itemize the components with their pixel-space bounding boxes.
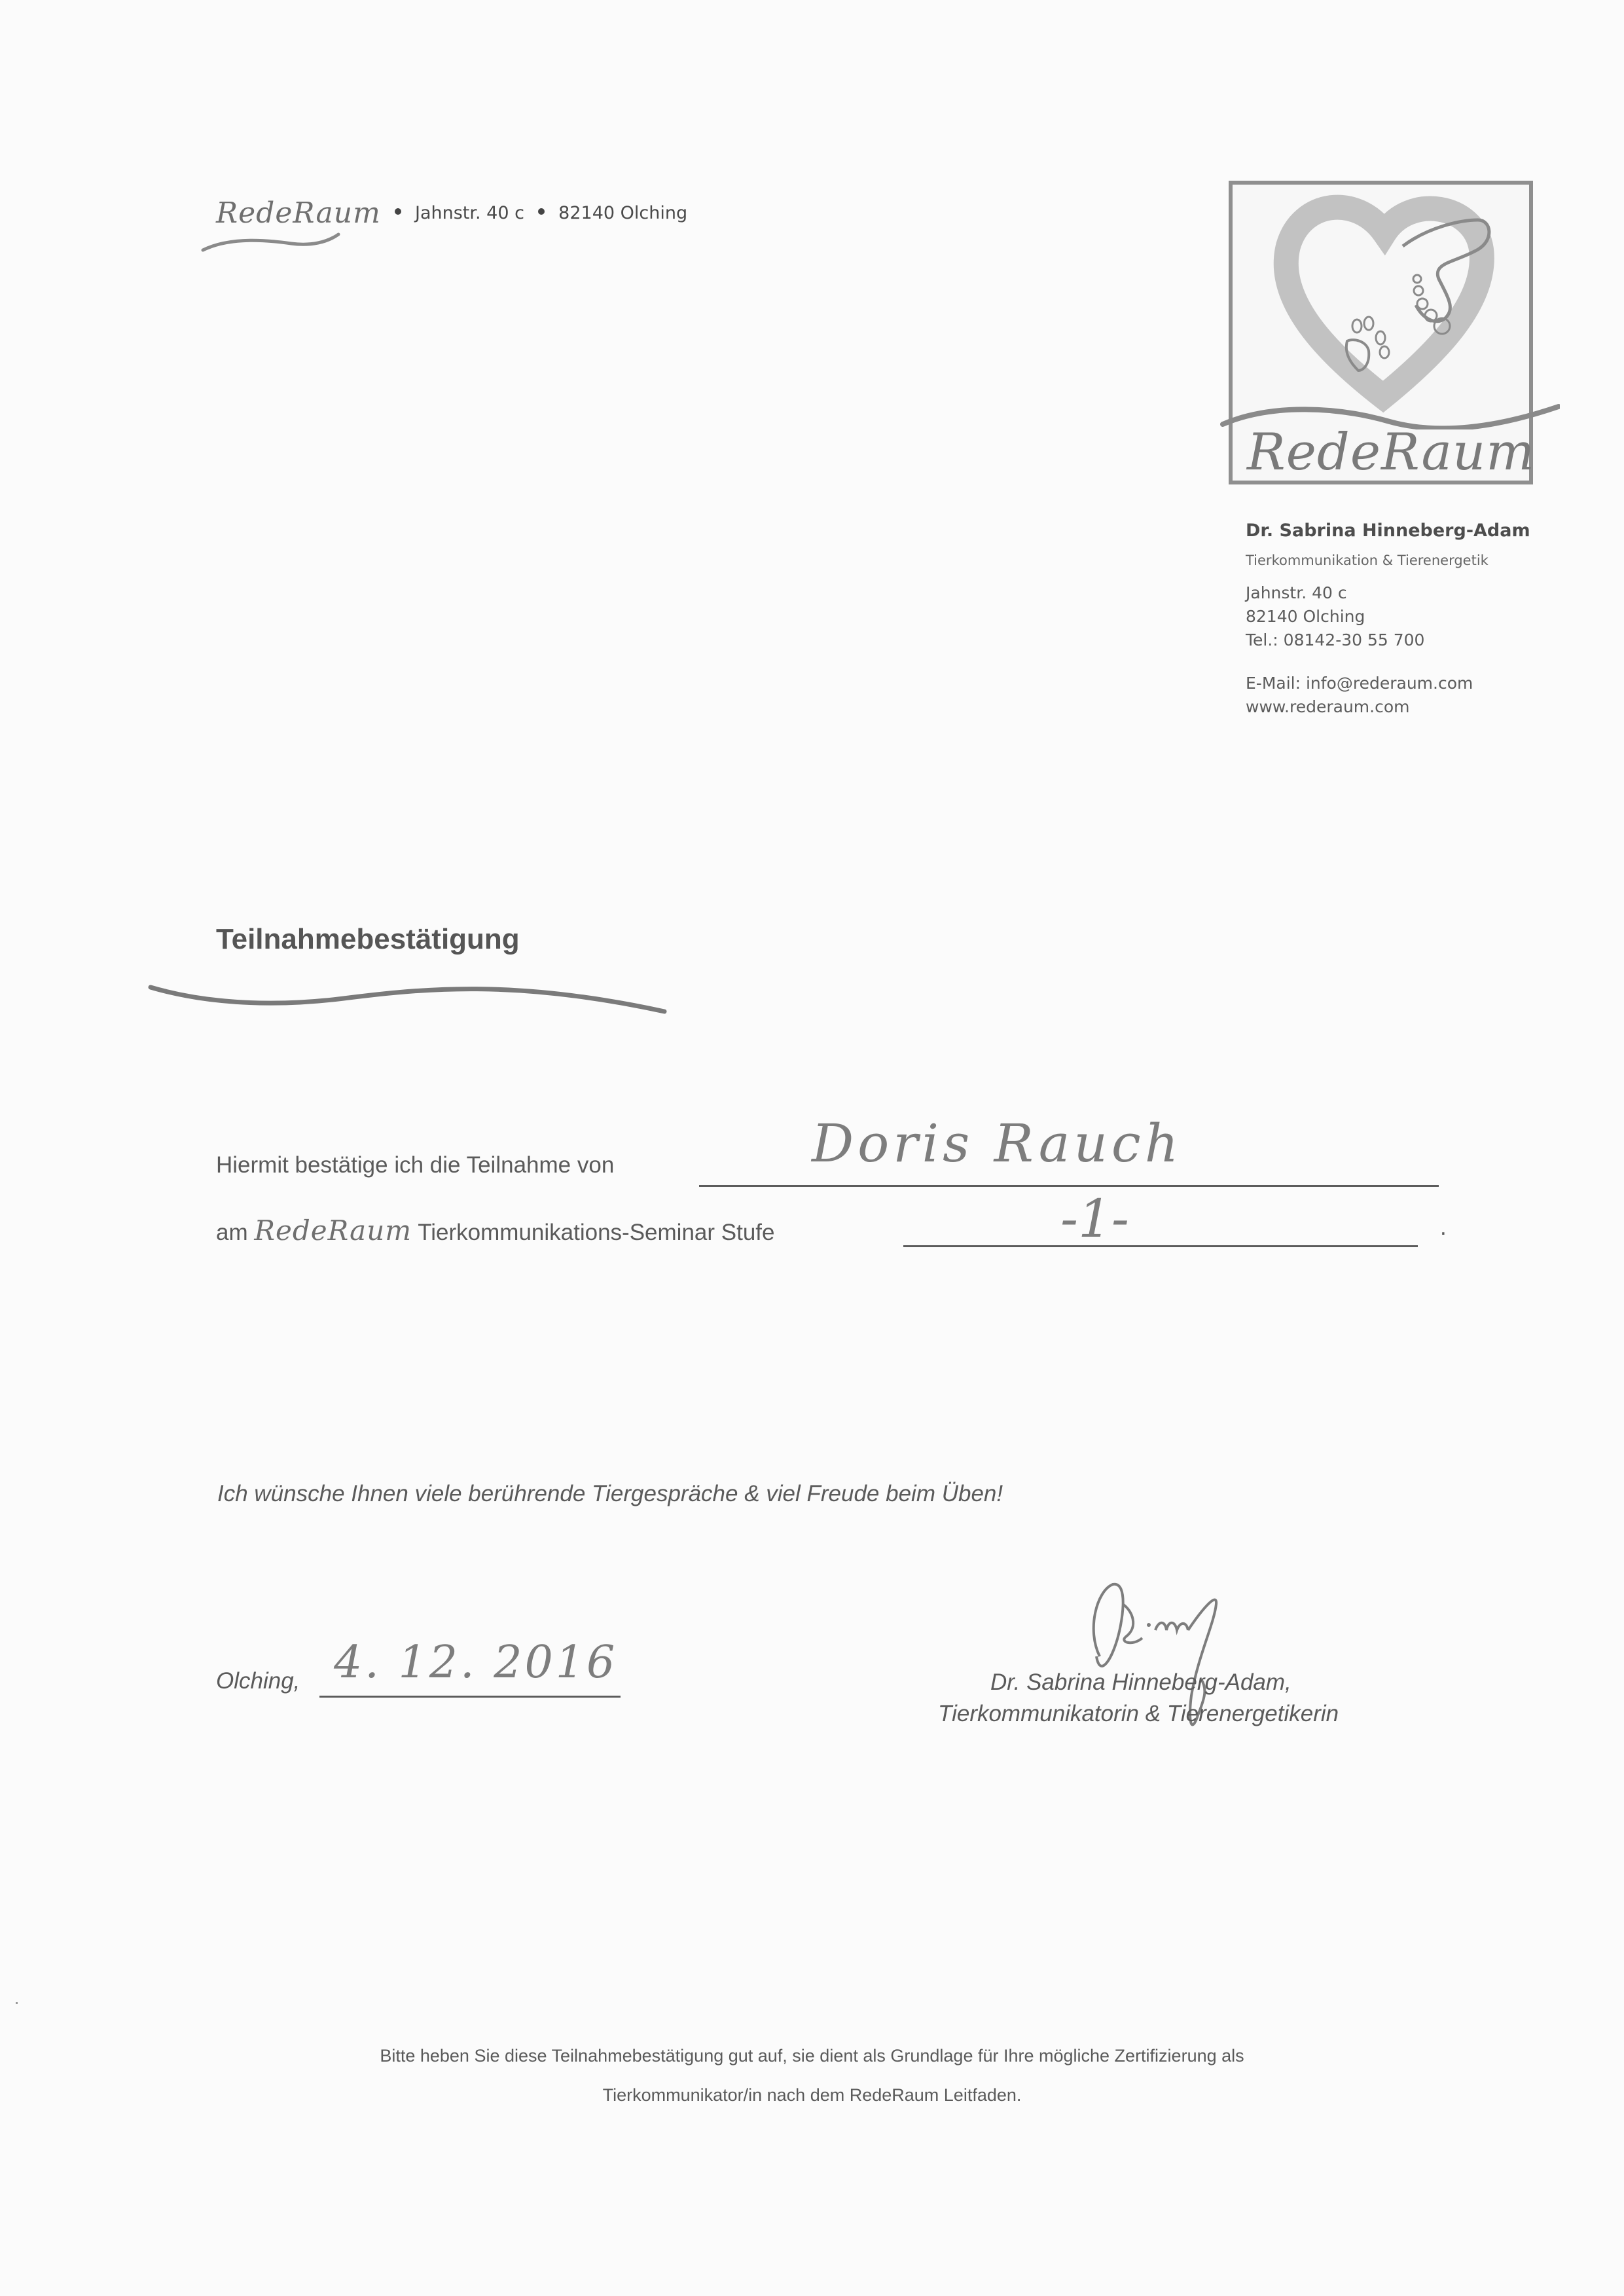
page-title: Teilnahmebestätigung bbox=[216, 923, 520, 956]
footer-note: Bitte heben Sie diese Teilnahmebestätigu… bbox=[0, 2036, 1624, 2115]
contact-website[interactable]: www.rederaum.com bbox=[1246, 695, 1586, 719]
contact-email[interactable]: E-Mail: info@rederaum.com bbox=[1246, 672, 1586, 695]
rederaum-logo: RedeRaum bbox=[1229, 181, 1533, 484]
line1-prefix: Hiermit bestätige ich die Teilnahme von bbox=[216, 1152, 614, 1178]
contact-phone: Tel.: 08142-30 55 700 bbox=[1246, 629, 1586, 652]
wish-text: Ich wünsche Ihnen viele berührende Tierg… bbox=[217, 1481, 1003, 1507]
seminar-stage: -1- bbox=[1060, 1188, 1129, 1249]
line2-text: Tierkommunikations-Seminar Stufe bbox=[418, 1220, 774, 1245]
sender-city: 82140 Olching bbox=[558, 203, 687, 223]
signatory-role: Tierkommunikatorin & Tierenergetikerin bbox=[938, 1701, 1339, 1727]
inline-brand: RedeRaum bbox=[254, 1214, 412, 1247]
sender-brand: RedeRaum bbox=[216, 196, 381, 230]
contact-name: Dr. Sabrina Hinneberg-Adam bbox=[1246, 520, 1586, 541]
scan-speck bbox=[16, 2002, 18, 2004]
sender-street: Jahnstr. 40 c bbox=[415, 203, 524, 223]
participant-name: Doris Rauch bbox=[812, 1113, 1182, 1174]
confirmation-line-1: Hiermit bestätige ich die Teilnahme von bbox=[216, 1152, 614, 1178]
line2-suffix: . bbox=[1440, 1214, 1447, 1241]
swoosh-icon bbox=[200, 229, 344, 255]
bullet-icon bbox=[538, 208, 545, 215]
participant-name-line bbox=[699, 1185, 1439, 1187]
contact-block: Dr. Sabrina Hinneberg-Adam Tierkommunika… bbox=[1246, 520, 1586, 719]
sender-address-line: RedeRaum Jahnstr. 40 c 82140 Olching bbox=[216, 196, 687, 249]
footer-line-1: Bitte heben Sie diese Teilnahmebestätigu… bbox=[0, 2036, 1624, 2075]
footer-line-2: Tierkommunikator/in nach dem RedeRaum Le… bbox=[0, 2075, 1624, 2115]
signatory-name: Dr. Sabrina Hinneberg-Adam, bbox=[990, 1669, 1291, 1696]
heart-paw-footprint-icon bbox=[1213, 181, 1560, 429]
line2-prefix: am bbox=[216, 1220, 248, 1245]
date-line bbox=[319, 1696, 621, 1698]
logo-wordmark: RedeRaum bbox=[1247, 423, 1535, 482]
place-label: Olching, bbox=[216, 1668, 300, 1694]
contact-city: 82140 Olching bbox=[1246, 605, 1586, 629]
contact-street: Jahnstr. 40 c bbox=[1246, 581, 1586, 605]
swoosh-icon bbox=[147, 982, 671, 1021]
stage-line bbox=[903, 1245, 1418, 1247]
bullet-icon bbox=[395, 208, 401, 215]
contact-subtitle: Tierkommunikation & Tierenergetik bbox=[1246, 553, 1586, 568]
date-handwritten: 4. 12. 2016 bbox=[334, 1637, 617, 1688]
confirmation-line-2: am RedeRaum Tierkommunikations-Seminar S… bbox=[216, 1214, 774, 1247]
signature-icon bbox=[1060, 1565, 1270, 1761]
